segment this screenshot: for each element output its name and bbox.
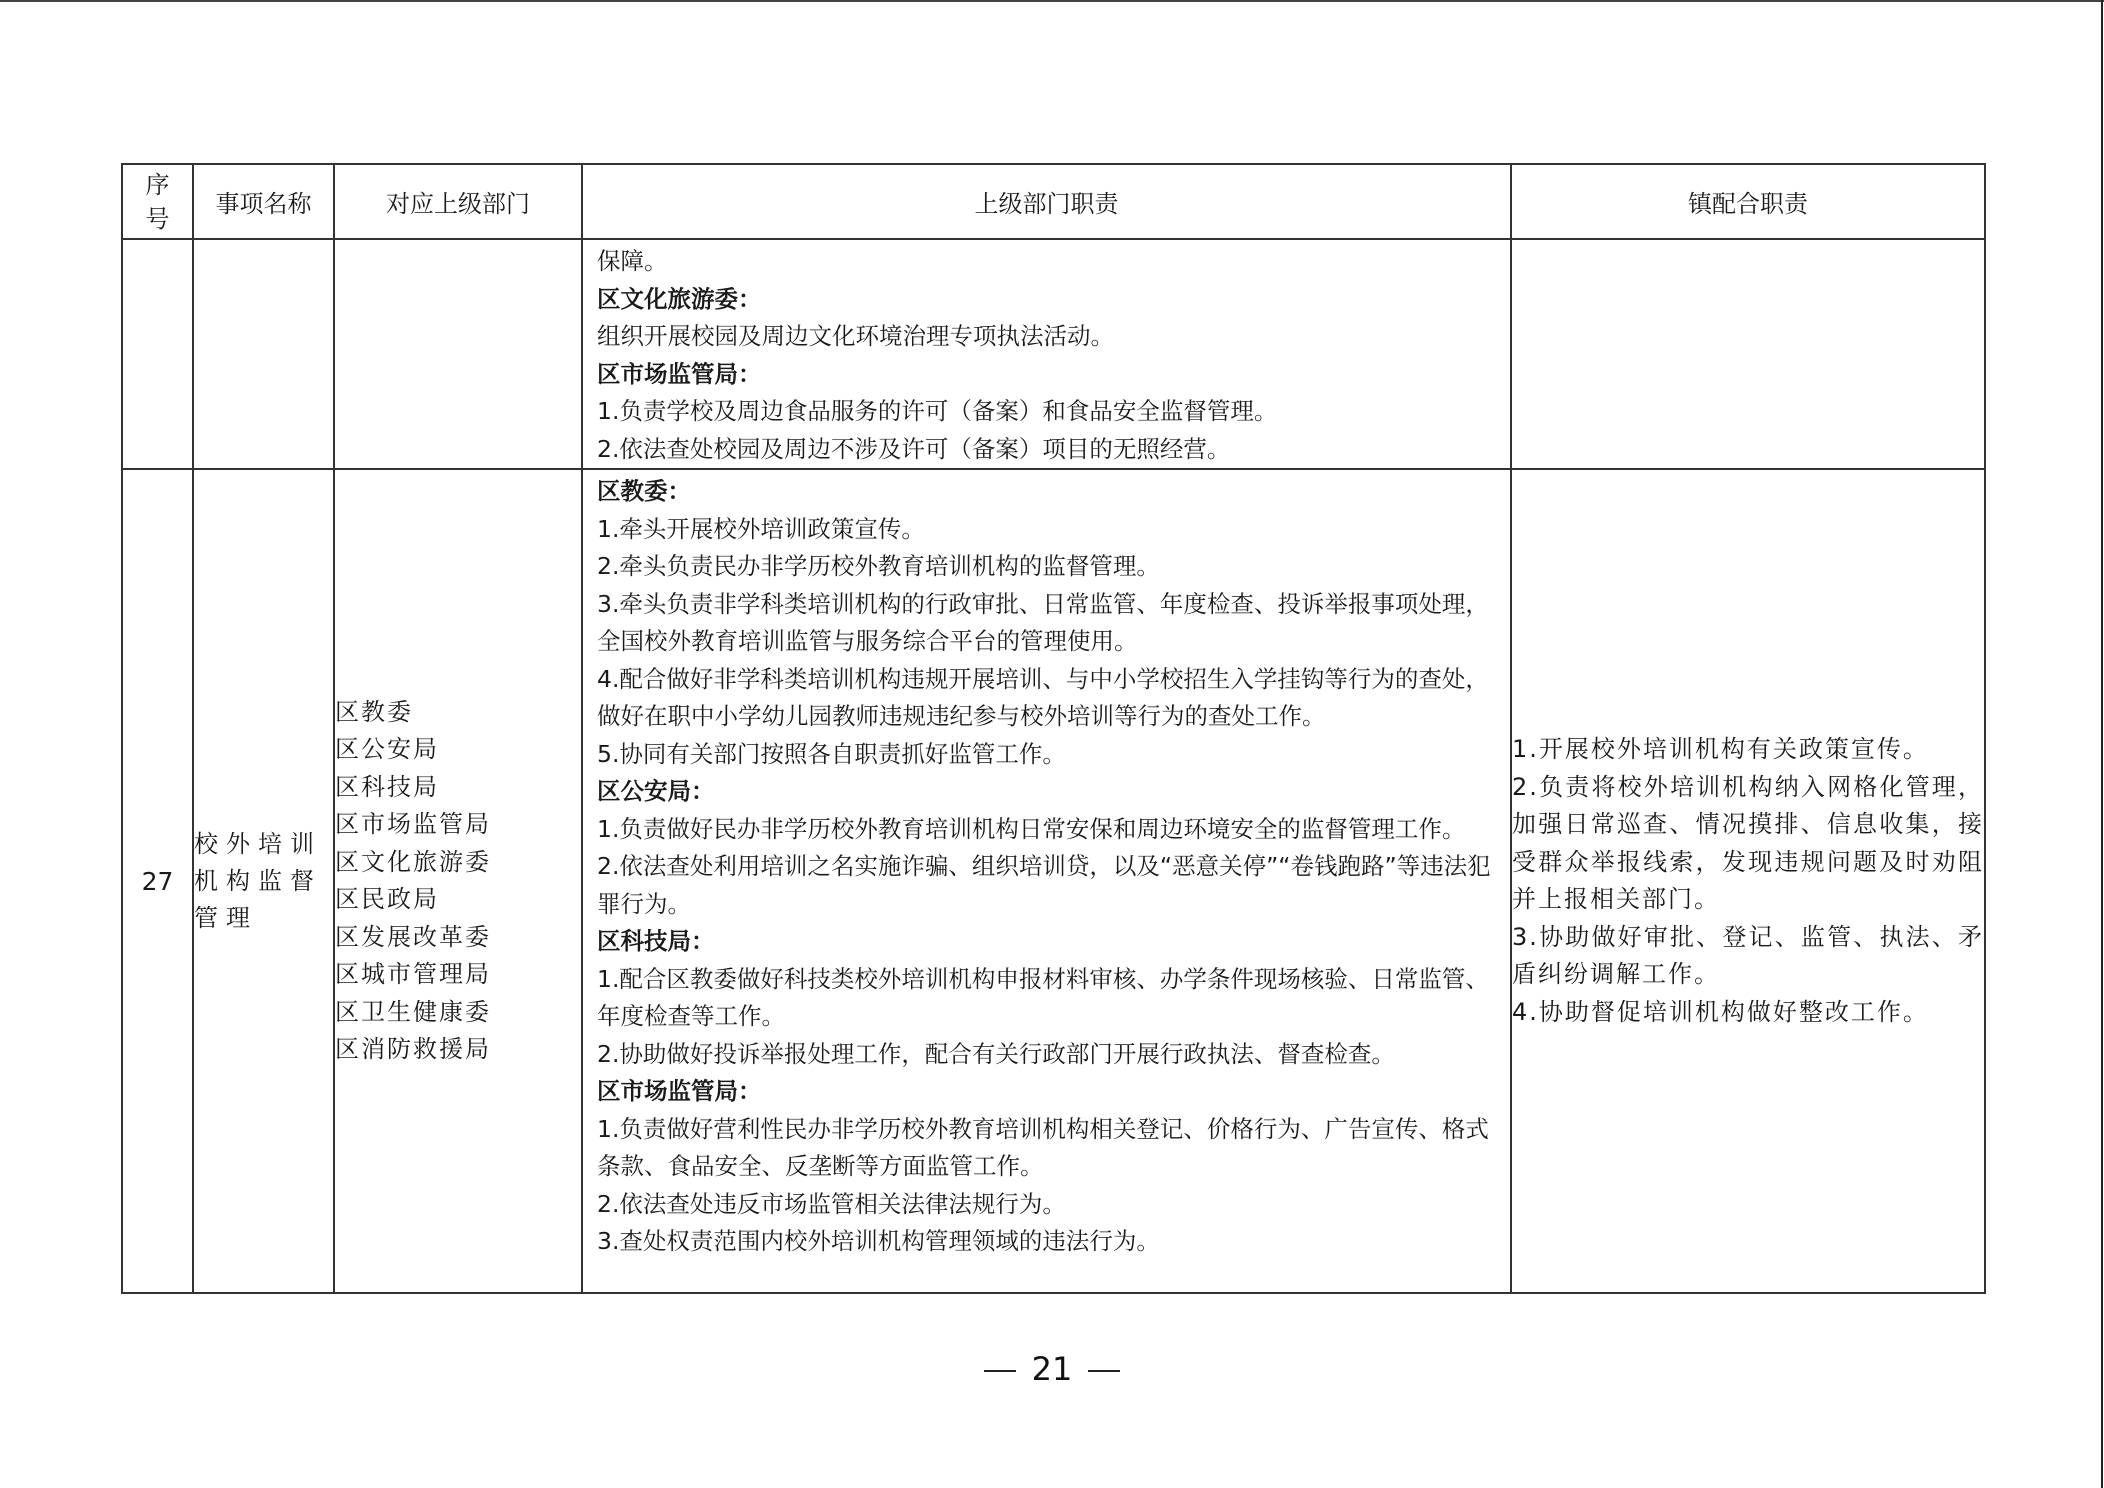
duty-line: 1.牵头开展校外培训政策宣传。 (597, 511, 1498, 549)
duty-line: 1.负责做好营利性民办非学历校外教育培训机构相关登记、价格行为、广告宣传、格式条… (597, 1111, 1498, 1186)
duty-lines-1: 区教委：1.牵头开展校外培训政策宣传。2.牵头负责民办非学历校外教育培训机构的监… (583, 470, 1510, 1261)
dash-left (984, 1370, 1016, 1372)
duty-table: 序 号 事项名称 对应上级部门 上级部门职责 镇配合职责 保障。区文化旅游委：组… (121, 163, 1986, 1294)
duty-line: 1.配合区教委做好科技类校外培训机构申报材料审核、办学条件现场核验、日常监管、年… (597, 961, 1498, 1036)
list-item: 区城市管理局 (335, 956, 581, 994)
list-item: 区公安局 (335, 731, 581, 769)
cell-upper-dept: 区教委区公安局区科技局区市场监管局区文化旅游委区民政局区发展改革委区城市管理局区… (334, 469, 582, 1293)
cell-seq: 27 (122, 469, 193, 1293)
list-item: 区卫生健康委 (335, 994, 581, 1032)
list-item: 4.协助督促培训机构做好整改工作。 (1512, 994, 1984, 1032)
duty-line: 2.协助做好投诉举报处理工作，配合有关行政部门开展行政执法、督查检查。 (597, 1036, 1498, 1074)
list-item: 区市场监管局 (335, 806, 581, 844)
dept-heading: 区公安局： (597, 773, 1498, 811)
table-row: 保障。区文化旅游委：组织开展校园及周边文化环境治理专项执法活动。区市场监管局：1… (122, 239, 1985, 469)
dept-heading: 区市场监管局： (597, 356, 1498, 394)
cell-upper-dept (334, 239, 582, 469)
header-town-duty: 镇配合职责 (1511, 164, 1985, 239)
list-item: 区民政局 (335, 881, 581, 919)
duty-line: 3.查处权责范围内校外培训机构管理领域的违法行为。 (597, 1223, 1498, 1261)
cell-upper-duty: 区教委：1.牵头开展校外培训政策宣传。2.牵头负责民办非学历校外教育培训机构的监… (582, 469, 1511, 1293)
table-row: 27 校外培训机构监督管理 区教委区公安局区科技局区市场监管局区文化旅游委区民政… (122, 469, 1985, 1293)
duty-line: 4.配合做好非学科类培训机构违规开展培训、与中小学校招生入学挂钩等行为的查处，做… (597, 661, 1498, 736)
duty-line: 5.协同有关部门按照各自职责抓好监管工作。 (597, 736, 1498, 774)
dept-list: 区教委区公安局区科技局区市场监管局区文化旅游委区民政局区发展改革委区城市管理局区… (335, 694, 581, 1069)
dept-heading: 区教委： (597, 473, 1498, 511)
header-upper-dept: 对应上级部门 (334, 164, 582, 239)
page-number: 21 (0, 1350, 2104, 1388)
duty-line: 1.负责学校及周边食品服务的许可（备案）和食品安全监督管理。 (597, 393, 1498, 431)
list-item: 区科技局 (335, 769, 581, 807)
cell-item-name: 校外培训机构监督管理 (193, 469, 334, 1293)
list-item: 3.协助做好审批、登记、监管、执法、矛盾纠纷调解工作。 (1512, 919, 1984, 994)
cell-seq (122, 239, 193, 469)
list-item: 区发展改革委 (335, 919, 581, 957)
dept-heading: 区科技局： (597, 923, 1498, 961)
cell-upper-duty: 保障。区文化旅游委：组织开展校园及周边文化环境治理专项执法活动。区市场监管局：1… (582, 239, 1511, 469)
duty-line: 1.负责做好民办非学历校外教育培训机构日常安保和周边环境安全的监督管理工作。 (597, 811, 1498, 849)
cell-item-name (193, 239, 334, 469)
header-upper-duty: 上级部门职责 (582, 164, 1511, 239)
duty-line: 2.依法查处校园及周边不涉及许可（备案）项目的无照经营。 (597, 431, 1498, 469)
list-item: 区教委 (335, 694, 581, 732)
cell-town-duty (1511, 239, 1985, 469)
header-item-name: 事项名称 (193, 164, 334, 239)
cell-town-duty: 1.开展校外培训机构有关政策宣传。2.负责将校外培训机构纳入网格化管理，加强日常… (1511, 469, 1985, 1293)
duty-lines-0: 保障。区文化旅游委：组织开展校园及周边文化环境治理专项执法活动。区市场监管局：1… (583, 240, 1510, 468)
duty-line: 2.依法查处利用培训之名实施诈骗、组织培训贷，以及“恶意关停”“卷钱跑路”等违法… (597, 848, 1498, 923)
town-duty-list: 1.开展校外培训机构有关政策宣传。2.负责将校外培训机构纳入网格化管理，加强日常… (1512, 731, 1984, 1031)
header-seq: 序 号 (122, 164, 193, 239)
page-top-border (0, 0, 2104, 2)
page-right-border (2101, 0, 2103, 1488)
table-header-row: 序 号 事项名称 对应上级部门 上级部门职责 镇配合职责 (122, 164, 1985, 239)
duty-line: 2.牵头负责民办非学历校外教育培训机构的监督管理。 (597, 548, 1498, 586)
dept-heading: 区市场监管局： (597, 1073, 1498, 1111)
list-item: 区文化旅游委 (335, 844, 581, 882)
list-item: 2.负责将校外培训机构纳入网格化管理，加强日常巡查、情况摸排、信息收集，接受群众… (1512, 769, 1984, 919)
list-item: 区消防救援局 (335, 1031, 581, 1069)
duty-line: 3.牵头负责非学科类培训机构的行政审批、日常监管、年度检查、投诉举报事项处理，全… (597, 586, 1498, 661)
dept-heading: 区文化旅游委： (597, 281, 1498, 319)
duty-line: 保障。 (597, 243, 1498, 281)
list-item: 1.开展校外培训机构有关政策宣传。 (1512, 731, 1984, 769)
duty-line: 组织开展校园及周边文化环境治理专项执法活动。 (597, 318, 1498, 356)
duty-line: 2.依法查处违反市场监管相关法律法规行为。 (597, 1186, 1498, 1224)
dash-right (1088, 1370, 1120, 1372)
